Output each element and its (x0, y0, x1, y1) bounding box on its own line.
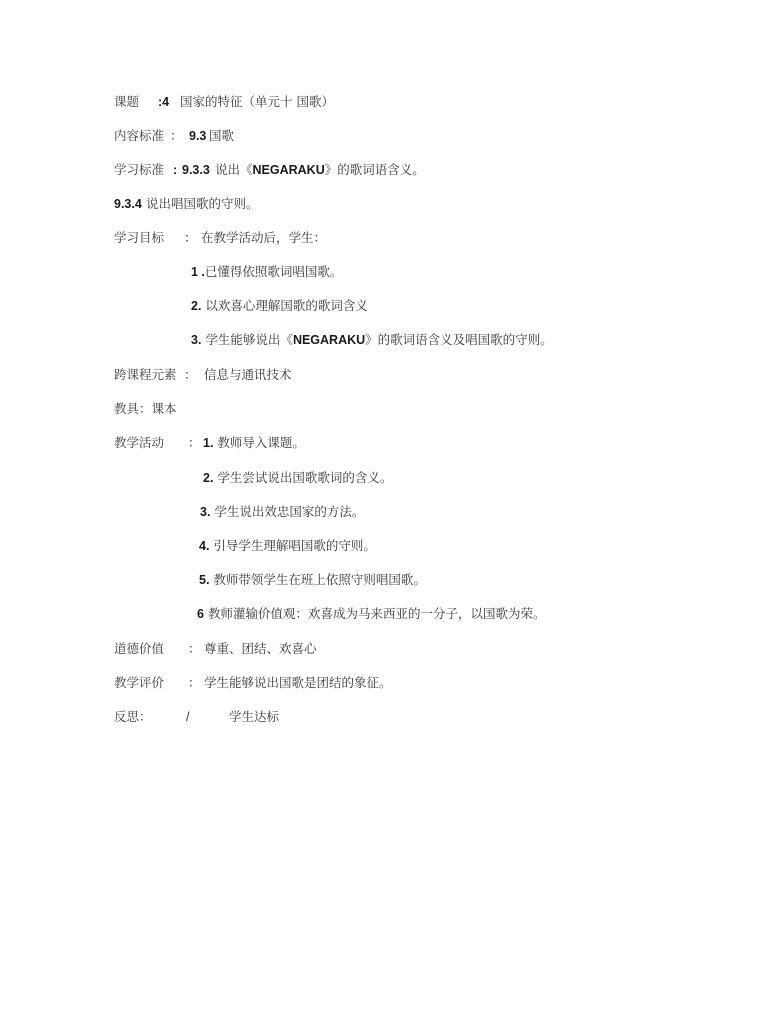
topic-line: 课题 :4 国家的特征（单元十 国歌） (114, 94, 139, 110)
moral-values-line: 道德价值 ： 尊重、团结、欢喜心 (114, 641, 164, 657)
learning-standard-2-code: 9.3.4 (114, 197, 142, 211)
content-standard-line: 内容标准 ： 9.3 国歌 (114, 128, 164, 144)
moral-values-colon: ： (188, 641, 201, 657)
activity-item-4: 4. 引导学生理解唱国歌的守则。 (199, 538, 376, 554)
objective-num: 2. (191, 299, 201, 313)
assessment-label: 教学评价 (114, 675, 164, 691)
objective-item-2: 2. 以欢喜心理解国歌的歌词含义 (191, 298, 368, 314)
learning-standard-label: 学习标准 (114, 162, 164, 178)
activity-text: 引导学生理解唱国歌的守则。 (213, 538, 376, 553)
learning-standard-colon: : (173, 162, 177, 178)
activity-num: 2. (203, 471, 213, 485)
objective-text: 学生能够说出《NEGARAKU》的歌词语含义及唱国歌的守则。 (205, 332, 552, 347)
activity-item-5: 5. 教师带领学生在班上依照守则唱国歌。 (199, 572, 426, 588)
teaching-activities-line: 教学活动 ： 1. 教师导入课题。 (114, 435, 164, 451)
moral-values-value: 尊重、团结、欢喜心 (204, 641, 317, 657)
teaching-aids-value: 课本 (152, 401, 177, 416)
activity-num: 3. (200, 505, 210, 519)
content-standard-label: 内容标准 (114, 128, 164, 144)
content-standard-value: 国歌 (209, 128, 234, 144)
assessment-colon: ： (188, 675, 201, 691)
activity-item-2: 2. 学生尝试说出国歌歌词的含义。 (203, 470, 392, 486)
activity-text: 教师灌输价值观：欢喜成为马来西亚的一分子，以国歌为荣。 (208, 606, 546, 621)
activity-item-6: 6 教师灌输价值观：欢喜成为马来西亚的一分子，以国歌为荣。 (197, 606, 545, 622)
objective-num: 3. (191, 333, 201, 347)
cross-curricular-line: 跨课程元素 ： 信息与通讯技术 (114, 367, 177, 383)
teaching-activities-label: 教学活动 (114, 435, 164, 451)
objective-item-1: 1 .已懂得依照歌词唱国歌。 (191, 264, 342, 280)
activity-text: 学生说出效忠国家的方法。 (214, 504, 364, 519)
cross-curricular-value: 信息与通讯技术 (204, 367, 292, 383)
content-standard-code: 9.3 (189, 128, 206, 144)
learning-objectives-label: 学习目标 (114, 230, 164, 246)
learning-objectives-colon: ： (184, 230, 197, 246)
reflection-label: 反思： (114, 709, 152, 725)
activity-item-3: 3. 学生说出效忠国家的方法。 (200, 504, 364, 520)
reflection-slash: / (186, 709, 189, 725)
topic-value: 国家的特征（单元十 国歌） (180, 94, 334, 110)
teaching-aids-line: 教具：课本 (114, 401, 177, 417)
assessment-value: 学生能够说出国歌是团结的象征。 (204, 675, 392, 691)
content-standard-colon: ： (170, 128, 183, 144)
document-page: 课题 :4 国家的特征（单元十 国歌） 内容标准 ： 9.3 国歌 学习标准 :… (0, 0, 768, 1024)
objective-text: 以欢喜心理解国歌的歌词含义 (205, 298, 368, 313)
moral-values-label: 道德价值 (114, 641, 164, 657)
learning-standard-2-line: 9.3.4 说出唱国歌的守则。 (114, 196, 142, 212)
cross-curricular-label: 跨课程元素 (114, 367, 177, 383)
objective-text: 已懂得依照歌词唱国歌。 (205, 264, 343, 279)
learning-standard-2-value: 说出唱国歌的守则。 (146, 196, 259, 212)
reflection-line: 反思： / 学生达标 (114, 709, 152, 725)
activity-num: 6 (197, 607, 204, 621)
objective-num: 1 (191, 265, 198, 279)
assessment-line: 教学评价 ： 学生能够说出国歌是团结的象征。 (114, 675, 164, 691)
activity-num: 5. (199, 573, 209, 587)
topic-label: 课题 (114, 94, 139, 110)
teaching-activities-colon: ： (188, 435, 201, 451)
topic-number: :4 (158, 94, 169, 110)
learning-objectives-line: 学习目标 ： 在教学活动后，学生： (114, 230, 164, 246)
activity-num: 4. (199, 539, 209, 553)
activity-text: 教师带领学生在班上依照守则唱国歌。 (213, 572, 426, 587)
learning-standard-line: 学习标准 : 9.3.3 说出《NEGARAKU》的歌词语含义。 (114, 162, 164, 178)
objective-item-3: 3. 学生能够说出《NEGARAKU》的歌词语含义及唱国歌的守则。 (191, 332, 553, 348)
activity-item-1: 1. 教师导入课题。 (203, 435, 305, 451)
cross-curricular-colon: ： (184, 367, 197, 383)
learning-standard-code: 9.3.3 (182, 162, 210, 178)
reflection-value: 学生达标 (229, 709, 279, 725)
learning-objectives-intro: 在教学活动后，学生： (201, 230, 326, 246)
learning-standard-value: 说出《NEGARAKU》的歌词语含义。 (215, 162, 425, 178)
teaching-aids-label: 教具： (114, 401, 152, 417)
activity-text: 学生尝试说出国歌歌词的含义。 (217, 470, 392, 485)
